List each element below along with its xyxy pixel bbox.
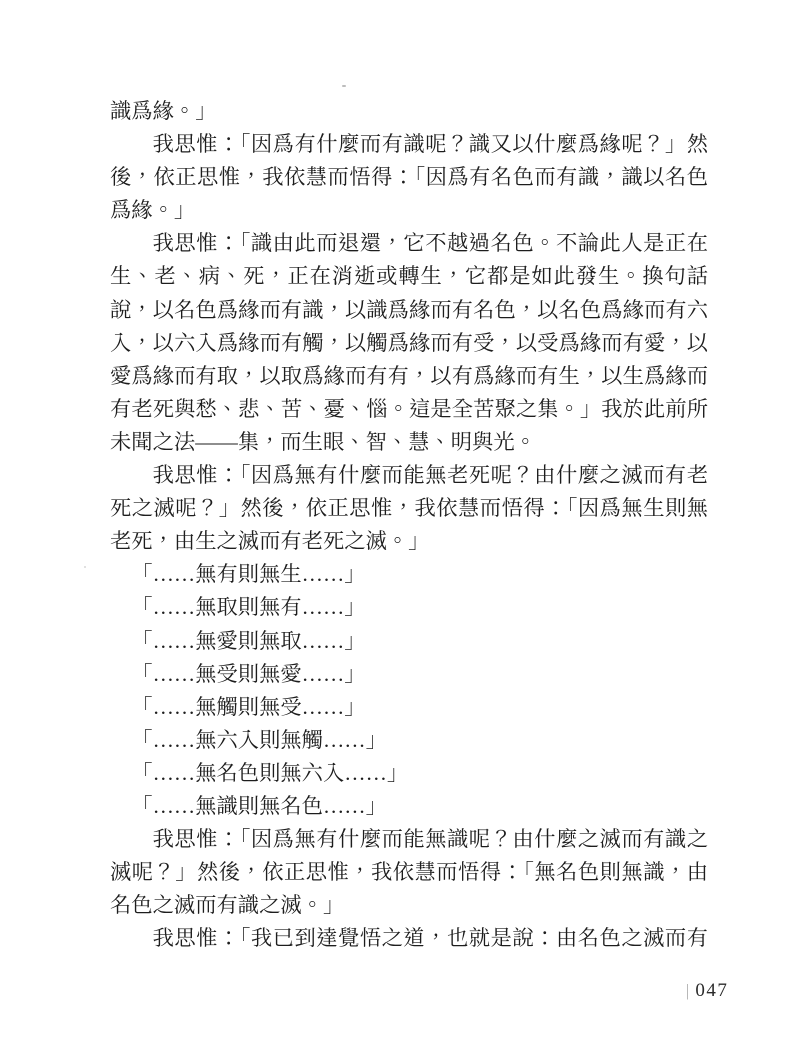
text-line: 「……無六入則無觸……」 [110, 724, 708, 757]
text-line: 名色之滅而有識之滅。」 [110, 889, 708, 922]
text-line: 我思惟：「我已到達覺悟之道，也就是說：由名色之滅而有 [110, 922, 708, 955]
text-line: 死之滅呢？」然後，依正思惟，我依慧而悟得：「因爲無生則無 [110, 492, 708, 525]
text-line: 「……無名色則無六入……」 [110, 757, 708, 790]
page-footer: | 047 [686, 978, 728, 1002]
book-page: 識爲緣。」我思惟：「因爲有什麼而有識呢？識又以什麼爲緣呢？」然後，依正思惟，我依… [0, 0, 792, 1056]
text-line: 有老死與愁、悲、苦、憂、惱。這是全苦聚之集。」我於此前所 [110, 393, 708, 426]
text-line: 「……無有則無生……」 [110, 558, 708, 591]
text-line: 滅呢？」然後，依正思惟，我依慧而悟得：「無名色則無識，由 [110, 856, 708, 889]
text-line: 我思惟：「因爲無有什麼而能無老死呢？由什麼之滅而有老 [110, 459, 708, 492]
text-line: 未聞之法——集，而生眼、智、慧、明與光。 [110, 426, 708, 459]
text-line: 說，以名色爲緣而有識，以識爲緣而有名色，以名色爲緣而有六 [110, 294, 708, 327]
text-line: 愛爲緣而有取，以取爲緣而有有，以有爲緣而有生，以生爲緣而 [110, 360, 708, 393]
text-line: 我思惟：「因爲無有什麼而能無識呢？由什麼之滅而有識之 [110, 823, 708, 856]
text-line: 我思惟：「識由此而退還，它不越過名色。不論此人是正在 [110, 227, 708, 260]
text-line: 「……無愛則無取……」 [110, 625, 708, 658]
text-line: 入，以六入爲緣而有觸，以觸爲緣而有受，以受爲緣而有愛，以 [110, 327, 708, 360]
scan-artifact [342, 85, 346, 87]
text-line: 「……無觸則無受……」 [110, 691, 708, 724]
page-number: 047 [695, 981, 728, 1000]
body-text: 識爲緣。」我思惟：「因爲有什麼而有識呢？識又以什麼爲緣呢？」然後，依正思惟，我依… [110, 95, 708, 955]
scan-artifact [84, 566, 86, 568]
scan-artifact [356, 943, 359, 945]
text-line: 後，依正思惟，我依慧而悟得：「因爲有名色而有識，識以名色 [110, 161, 708, 194]
text-line: 爲緣。」 [110, 194, 708, 227]
text-line: 識爲緣。」 [110, 95, 708, 128]
text-line: 老死，由生之滅而有老死之滅。」 [110, 525, 708, 558]
footer-separator: | [687, 982, 689, 999]
text-line: 生、老、病、死，正在消逝或轉生，它都是如此發生。換句話 [110, 260, 708, 293]
text-line: 「……無取則無有……」 [110, 591, 708, 624]
text-line: 「……無識則無名色……」 [110, 790, 708, 823]
text-line: 「……無受則無愛……」 [110, 658, 708, 691]
text-line: 我思惟：「因爲有什麼而有識呢？識又以什麼爲緣呢？」然 [110, 128, 708, 161]
